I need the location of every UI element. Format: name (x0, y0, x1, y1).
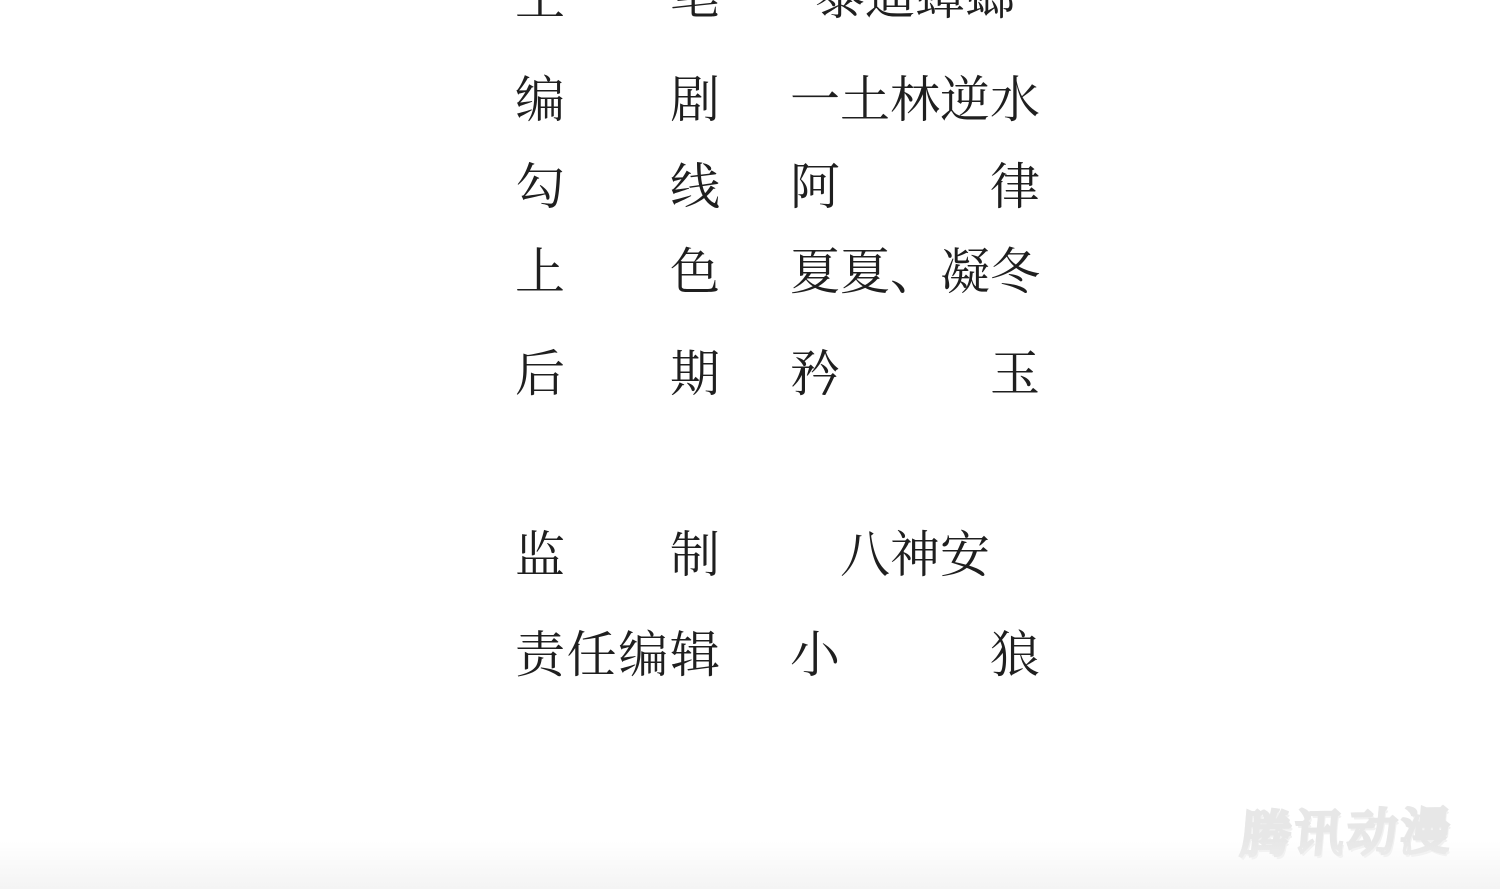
comic-credits-page: 主笔 泰迪蟑螂 编剧 一土林逆水 勾线 阿律 上色 夏夏、凝冬 后期 矜玉 监制… (0, 0, 1500, 889)
credit-names-post-production: 矜玉 (790, 347, 1040, 401)
credit-names-supervisor: 八神安 (790, 528, 1040, 582)
credit-row-supervisor: 监制 八神安 (515, 528, 1040, 582)
credit-row-responsible-editor: 责任编辑 小狼 (515, 628, 1040, 682)
credit-names-lead-artist: 泰迪蟑螂 (790, 0, 1040, 24)
credit-row-scriptwriter: 编剧 一土林逆水 (515, 73, 1040, 127)
credit-row-coloring: 上色 夏夏、凝冬 (515, 245, 1040, 299)
role-label-line-art: 勾线 (515, 160, 720, 214)
credit-names-scriptwriter: 一土林逆水 (790, 73, 1040, 127)
credit-names-responsible-editor: 小狼 (790, 628, 1040, 682)
role-label-responsible-editor: 责任编辑 (515, 628, 720, 682)
credit-row-lead-artist: 主笔 泰迪蟑螂 (515, 0, 1040, 24)
credit-names-line-art: 阿律 (790, 160, 1040, 214)
credit-row-post-production: 后期 矜玉 (515, 347, 1040, 401)
credit-row-line-art: 勾线 阿律 (515, 160, 1040, 214)
role-label-coloring: 上色 (515, 245, 720, 299)
role-label-lead-artist: 主笔 (515, 0, 720, 24)
tencent-comics-watermark-logo: 腾讯动漫 (1238, 795, 1490, 871)
credit-names-coloring: 夏夏、凝冬 (790, 245, 1040, 299)
role-label-post-production: 后期 (515, 347, 720, 401)
role-label-supervisor: 监制 (515, 528, 720, 582)
role-label-scriptwriter: 编剧 (515, 73, 720, 127)
